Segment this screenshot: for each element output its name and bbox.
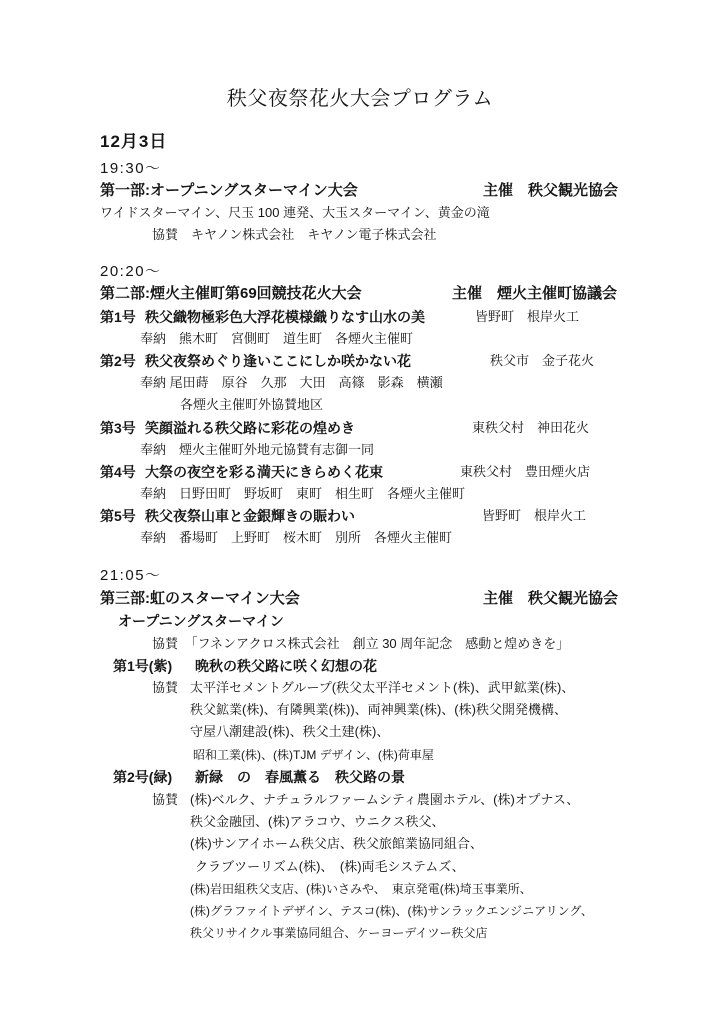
- part3-item1-title: 晩秋の秩父路に咲く幻想の花: [195, 655, 377, 677]
- part2-item5-dedication: 奉納 番場町 上野町 桜木町 別所 各煙火主催町: [140, 527, 452, 549]
- part3-item1-sponsor-label: 協賛: [152, 677, 178, 699]
- part3-time: 21:05～: [100, 565, 162, 587]
- part2-item5-title: 秩父夜祭山車と金銀輝きの賑わい: [145, 505, 355, 527]
- part2-time: 20:20～: [100, 261, 162, 283]
- part3-item2-sponsor-line2: 秩父金融団、(株)アラコウ、ウニクス秩父、: [190, 811, 445, 833]
- part3-item1-no: 第1号(紫): [113, 655, 172, 677]
- part2-item4-no: 第4号: [100, 461, 136, 483]
- part2-item1-maker: 皆野町 根岸火工: [475, 306, 579, 328]
- part2-item2-maker: 秩父市 金子花火: [490, 350, 594, 372]
- part2-item2-dedication: 奉納 尾田蒔 原谷 久那 大田 高篠 影森 横瀬: [140, 372, 443, 394]
- part2-item2-dedication2: 各煙火主催町外協賛地区: [180, 394, 323, 416]
- part1-heading: 第一部:オープニングスターマイン大会: [100, 180, 358, 202]
- part3-organizer: 主催 秩父観光協会: [483, 588, 618, 610]
- part3-item2-sponsor-line3: (株)サンアイホーム秩父店、秩父旅館業協同組合、: [190, 833, 483, 855]
- part3-item2-sponsor-line1: (株)ベルク、ナチュラルファームシティ農園ホテル、(株)オプナス、: [190, 789, 579, 811]
- part3-heading: 第三部:虹のスターマイン大会: [100, 588, 300, 610]
- part2-organizer: 主催 煙火主催町協議会: [452, 283, 617, 305]
- part3-item2-sponsor-line7: 秩父リサイクル事業協同組合、ケーヨーデイツー秩父店: [190, 922, 487, 944]
- part1-time: 19:30～: [100, 158, 162, 180]
- part2-heading: 第二部:煙火主催町第69回競技花火大会: [100, 283, 362, 305]
- event-date: 12月3日: [100, 131, 167, 153]
- program-document: 秩父夜祭花火大会プログラム 12月3日 19:30～ 第一部:オープニングスター…: [0, 0, 720, 1018]
- part2-item5-no: 第5号: [100, 505, 136, 527]
- part1-organizer: 主催 秩父観光協会: [483, 180, 618, 202]
- part3-item1-sponsor-line1: 太平洋セメントグループ(秩父太平洋セメント(株)、武甲鉱業(株)、: [190, 677, 574, 699]
- part3-opening-title: オープニングスターマイン: [118, 610, 284, 632]
- part3-item2-no: 第2号(緑): [113, 766, 172, 788]
- part3-item2-sponsor-label: 協賛: [152, 789, 178, 811]
- part2-item2-no: 第2号: [100, 350, 136, 372]
- page-title: 秩父夜祭花火大会プログラム: [0, 88, 720, 110]
- part3-item1-sponsor-line2: 秩父鉱業(株)、有隣興業(株))、両神興業(株)、(株)秩父開発機構、: [190, 699, 567, 721]
- part2-item4-maker: 東秩父村 豊田煙火店: [460, 461, 590, 483]
- part2-item3-no: 第3号: [100, 417, 136, 439]
- part3-item2-title: 新緑 の 春風薫る 秩父路の景: [195, 766, 405, 788]
- part2-item5-maker: 皆野町 根岸火工: [482, 505, 586, 527]
- part3-item2-sponsor-line4: クラブツーリズム(株)、 (株)両毛システムズ、: [195, 856, 465, 878]
- part3-item2-sponsor-line5: (株)岩田組秩父支店、(株)いさみや、 東京発電(株)埼玉事業所、: [190, 878, 532, 900]
- part2-item1-no: 第1号: [100, 306, 136, 328]
- part3-item1-sponsor-line4: 昭和工業(株)、(株)TJM デザイン、(株)荷車屋: [193, 744, 434, 766]
- part2-item3-title: 笑顔溢れる秩父路に彩花の煌めき: [145, 417, 355, 439]
- part2-item4-title: 大祭の夜空を彩る満天にきらめく花束: [145, 461, 383, 483]
- part2-item2-title: 秩父夜祭めぐり逢いここにしか咲かない花: [145, 350, 411, 372]
- part3-item2-sponsor-line6: (株)グラファイトデザイン、テスコ(株)、(株)サンラックエンジニアリング、: [190, 900, 593, 922]
- part3-opening-sponsor: 協賛 「フネンアクロス株式会社 創立 30 周年記念 感動と煌めきを」: [152, 633, 569, 655]
- part2-item3-maker: 東秩父村 神田花火: [472, 417, 589, 439]
- part1-description: ワイドスターマイン、尺玉 100 連発、大玉スターマイン、黄金の滝: [100, 202, 490, 224]
- part1-sponsor: 協賛 キヤノン株式会社 キヤノン電子株式会社: [152, 224, 436, 246]
- part2-item3-dedication: 奉納 煙火主催町外地元協賛有志御一同: [140, 439, 374, 461]
- part2-item1-title: 秩父織物極彩色大浮花模様織りなす山水の美: [145, 306, 425, 328]
- part2-item4-dedication: 奉納 日野田町 野坂町 東町 相生町 各煙火主催町: [140, 483, 465, 505]
- part3-item1-sponsor-line3: 守屋八潮建設(株)、秩父土建(株)、: [190, 721, 389, 743]
- part2-item1-dedication: 奉納 熊木町 宮側町 道生町 各煙火主催町: [140, 328, 413, 350]
